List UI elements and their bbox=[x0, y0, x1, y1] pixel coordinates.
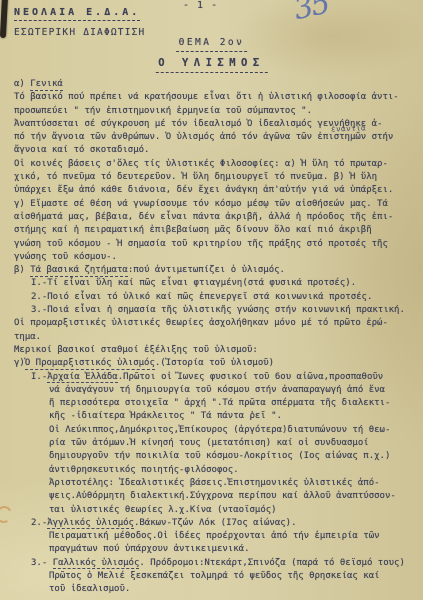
text-segment: δημιουργοῦν τήν ποικιλία τοῦ κόσμου-Λοκρ… bbox=[49, 451, 390, 461]
text-segment: 3.- bbox=[31, 558, 53, 568]
text-line: Μερικοί βασικοί σταθμοί ἐξέλιξης τοῦ ὑλι… bbox=[14, 344, 419, 357]
text-line: 2.-Ποιό εἶναι τό ὑλικό καί πῶς ἐπενεργεῖ… bbox=[14, 291, 419, 304]
text-line: τοῦ ἰδεαλισμοῦ. bbox=[14, 583, 419, 596]
text-line: ρία τῶν ἀτόμων.Ἡ κίνησή τους (μετατόπιση… bbox=[14, 437, 419, 450]
text-segment: κῆς -ἰδιαίτερα Ἡράκλειτος " Τά πάντα ῥεῖ… bbox=[49, 411, 282, 421]
text-line: πό τήν ἄγνοια τῶν ἀνθρώπων. Ὁ ὑλισμός ἀπ… bbox=[14, 131, 419, 144]
text-segment: τοῦ ἰδεαλισμοῦ. bbox=[49, 584, 130, 594]
text-line: 3.-Ποιά εἶναι ἡ σημασία τῆς ὑλιστικῆς γν… bbox=[14, 304, 419, 317]
text-segment: ἤ περισσότερα στοιχεῖα " ἀρχή ".Τά πρῶτα… bbox=[49, 398, 390, 408]
text-line: ἤ περισσότερα στοιχεῖα " ἀρχή ".Τά πρῶτα… bbox=[14, 397, 419, 410]
text-segment: .Πρῶτοι οἱ Ἴωνες φυσικοί τοῦ 6ου αἰῶνα,π… bbox=[118, 372, 384, 382]
text-line: ἀντιθρησκευτικός ποιητής-φιλόσοφος. bbox=[14, 464, 419, 477]
text-line: 3.- Γαλλικός ὑλισμός. Πρόδρομοι:Ντεκάρτ,… bbox=[14, 557, 419, 570]
org-name: ΝΕΟΛΑΙΑ Ε.Δ.Α. bbox=[14, 7, 140, 21]
underlined-text: Τά βασικά ζητήματα bbox=[30, 265, 128, 277]
text-segment: Πρῶτος ὁ Μελιέ ξεσκεπάζει τολμηρά τό ψεῦ… bbox=[49, 571, 380, 581]
document-page: - 1 - 35 ΝΕΟΛΑΙΑ Ε.Δ.Α. ΕΣΩΤΕΡΙΚΗ ΔΙΑΦΩΤ… bbox=[0, 0, 423, 600]
underlined-text: Ὁ Προμαρξιστικός ὑλισμός bbox=[25, 358, 155, 370]
text-line: Ἀριστοτέλης: Ἰδεαλιστικές βάσεις.Ἐπιστημ… bbox=[14, 477, 419, 490]
text-segment: Πειραματική μέθοδος.Οἱ ἰδέες προέρχονται… bbox=[49, 531, 380, 541]
text-line: Πειραματική μέθοδος.Οἱ ἰδέες προέρχονται… bbox=[14, 530, 419, 543]
text-segment: γνώσης τοῦ κόσμου-. bbox=[14, 252, 117, 262]
text-segment: ρία τῶν ἀτόμων.Ἡ κίνησή τους (μετατόπιση… bbox=[49, 438, 369, 448]
text-line: γ) Εἴμαστε σέ θέση νά γνωρίσουμε τόν κόσ… bbox=[14, 198, 419, 211]
text-line: γ)Ὁ Προμαρξιστικός ὑλισμός.(Ἱστορία τοῦ … bbox=[14, 357, 419, 370]
underlined-text: Γαλλικός ὑλισμός bbox=[53, 558, 140, 570]
text-segment: γ) Εἴμαστε σέ θέση νά γνωρίσουμε τόν κόσ… bbox=[14, 199, 388, 209]
document-body: α) ΓενικάΤό βασικό πού πρέπει νά κρατήσο… bbox=[14, 78, 419, 597]
text-segment: 2.-Ποιό εἶναι τό ὑλικό καί πῶς ἐπενεργεῖ… bbox=[31, 292, 372, 302]
text-line: 2.-Ἀγγλικός ὑλισμός.Βάκων-Τζών Λόκ (Ι7ος… bbox=[14, 517, 419, 530]
text-line: ἄγνοια καί τό σκοταδισμό. bbox=[14, 144, 419, 157]
text-segment: ὑπάρχει ἔξω ἀπό κάθε διάνοια, δέν ἔχει ἀ… bbox=[14, 185, 393, 195]
text-line: νά ἀναγάγουν τή δημιουργία τοῦ κόσμου στ… bbox=[14, 384, 419, 397]
text-segment: 3.-Ποιά εἶναι ἡ σημασία τῆς ὑλιστικῆς γν… bbox=[31, 305, 405, 315]
text-segment: β) bbox=[14, 265, 30, 275]
text-line: ψεις.Αὐθόρμητη διαλεκτική.Σύγχρονα περίπ… bbox=[14, 490, 419, 503]
text-segment: α) bbox=[14, 79, 30, 89]
binder-mark bbox=[0, 0, 8, 38]
text-line: Οἱ Λεύκιππος,Δημόκριτος,Ἐπίκουρος (ἀργότ… bbox=[14, 424, 419, 437]
document-title: Ο ΥΛΙΣΜΟΣ bbox=[155, 57, 267, 73]
text-segment: ται ὑλιστικές θεωρίες λ.χ.Κίνα (νταοϊσμό… bbox=[49, 505, 277, 515]
underlined-text: Ἀρχαία Ἑλλάδα bbox=[47, 372, 117, 384]
org-subtitle: ΕΣΩΤΕΡΙΚΗ ΔΙΑΦΩΤΙΣΗ bbox=[14, 27, 145, 38]
text-segment: τημα. bbox=[14, 332, 41, 342]
text-segment: γνώση τοῦ κόσμου - Ἡ σημασία τοῦ κριτηρί… bbox=[14, 239, 388, 249]
text-segment: Ι.-Τί εἶναι ὕλη καί πῶς εἶναι φτιαγμένη(… bbox=[31, 278, 356, 288]
text-segment: ἄγνοια καί τό σκοταδισμό. bbox=[14, 145, 149, 155]
text-line: κῆς -ἰδιαίτερα Ἡράκλειτος " Τά πάντα ῥεῖ… bbox=[14, 410, 419, 423]
text-segment: στήμης καί ἡ πειραματική ἐπιβεβαίωση μᾶς… bbox=[14, 225, 372, 235]
text-line: Ι.-Ἀρχαία Ἑλλάδα.Πρῶτοι οἱ Ἴωνες φυσικοί… bbox=[14, 371, 419, 384]
text-line: τημα. bbox=[14, 331, 419, 344]
text-line: γνώση τοῦ κόσμου - Ἡ σημασία τοῦ κριτηρί… bbox=[14, 238, 419, 251]
text-line: Τό βασικό πού πρέπει νά κρατήσουμε εἶναι… bbox=[14, 91, 419, 104]
text-segment: Μερικοί βασικοί σταθμοί ἐξέλιξης τοῦ ὑλι… bbox=[14, 345, 258, 355]
text-segment: χικό, τό πνεῦμα τό δευτερεῦον. Ἡ ὕλη δημ… bbox=[14, 172, 377, 182]
text-line: Οἱ κοινές βάσεις σ'ὅλες τίς ὑλιστικές Φι… bbox=[14, 158, 419, 171]
text-segment: Οἱ Λεύκιππος,Δημόκριτος,Ἐπίκουρος (ἀργότ… bbox=[49, 425, 390, 435]
text-segment: προσωπεύει " τήν ἐπιστημονική ἑρμηνεία τ… bbox=[14, 106, 312, 116]
handwritten-page-number: 35 bbox=[291, 0, 332, 27]
text-segment: νά ἀναγάγουν τή δημιουργία τοῦ κόσμου στ… bbox=[49, 385, 385, 395]
text-line: δημιουργοῦν τήν ποικιλία τοῦ κόσμου-Λοκρ… bbox=[14, 450, 419, 463]
text-line: α) Γενικά bbox=[14, 78, 419, 91]
underlined-text: Ἀγγλικός ὑλισμός bbox=[47, 518, 134, 530]
text-segment: Ἀναπτύσσεται σέ σύγκρουση μέ τόν ἰδεαλισ… bbox=[14, 119, 382, 129]
text-line: Οἱ προμαρξιστικές ὑλιστικές θεωρίες ἀσχο… bbox=[14, 317, 419, 330]
text-line: αἰσθήματά μας, βέβαια, δέν εἶναι πάντα ἀ… bbox=[14, 211, 419, 224]
text-segment: αἰσθήματά μας, βέβαια, δέν εἶναι πάντα ἀ… bbox=[14, 212, 393, 222]
text-line: πραγμάτων πού ὑπάρχουν ἀντικειμενικά. bbox=[14, 543, 419, 556]
text-line: χικό, τό πνεῦμα τό δευτερεῦον. Ἡ ὕλη δημ… bbox=[14, 171, 419, 184]
text-segment: Τό βασικό πού πρέπει νά κρατήσουμε εἶναι… bbox=[14, 92, 399, 102]
text-segment: ἀντιθρησκευτικός ποιητής-φιλόσοφος. bbox=[49, 465, 239, 475]
text-line: ται ὑλιστικές θεωρίες λ.χ.Κίνα (νταοϊσμό… bbox=[14, 504, 419, 517]
page-number: - 1 - bbox=[183, 0, 218, 11]
text-segment: πραγμάτων πού ὑπάρχουν ἀντικειμενικά. bbox=[49, 544, 249, 554]
text-segment: Ι.- bbox=[31, 372, 47, 382]
text-segment: Οἱ προμαρξιστικές ὑλιστικές θεωρίες ἀσχο… bbox=[14, 318, 388, 328]
underlined-text: Γενικά bbox=[30, 79, 63, 91]
text-segment: .(Ἱστορία τοῦ ὑλισμοῦ) bbox=[155, 358, 274, 368]
text-segment: Ἀριστοτέλης: Ἰδεαλιστικές βάσεις.Ἐπιστημ… bbox=[49, 478, 380, 488]
text-line: γνώσης τοῦ κόσμου-. bbox=[14, 251, 419, 264]
text-line: Πρῶτος ὁ Μελιέ ξεσκεπάζει τολμηρά τό ψεῦ… bbox=[14, 570, 419, 583]
text-line: προσωπεύει " τήν ἐπιστημονική ἑρμηνεία τ… bbox=[14, 105, 419, 118]
text-line: ὑπάρχει ἔξω ἀπό κάθε διάνοια, δέν ἔχει ἀ… bbox=[14, 184, 419, 197]
text-segment: .Βάκων-Τζών Λόκ (Ι7ος αἰώνας). bbox=[134, 518, 297, 528]
theme-label: ΘΕΜΑ 2ον bbox=[176, 37, 248, 52]
text-line: Ι.-Τί εἶναι ὕλη καί πῶς εἶναι φτιαγμένη(… bbox=[14, 277, 419, 290]
text-segment: Οἱ κοινές βάσεις σ'ὅλες τίς ὑλιστικές Φι… bbox=[14, 159, 388, 169]
red-margin-mark bbox=[0, 504, 14, 525]
text-segment: 2.- bbox=[31, 518, 47, 528]
text-segment: γ) bbox=[14, 358, 25, 368]
text-line: β) Τά βασικά ζητήματα:πού ἀντιμετωπίζει … bbox=[14, 264, 419, 277]
text-line: στήμης καί ἡ πειραματική ἐπιβεβαίωση μᾶς… bbox=[14, 224, 419, 237]
text-segment: . Πρόδρομοι:Ντεκάρτ,Σπινόζα (παρά τό θεϊ… bbox=[139, 558, 405, 568]
text-segment: πό τήν ἄγνοια τῶν ἀνθρώπων. Ὁ ὑλισμός ἀπ… bbox=[14, 132, 393, 142]
handwritten-correction: ἐνάντια bbox=[331, 123, 366, 133]
text-segment: ψεις.Αὐθόρμητη διαλεκτική.Σύγχρονα περίπ… bbox=[49, 491, 396, 501]
text-segment: :πού ἀντιμετωπίζει ὁ ὑλισμός. bbox=[128, 265, 285, 275]
